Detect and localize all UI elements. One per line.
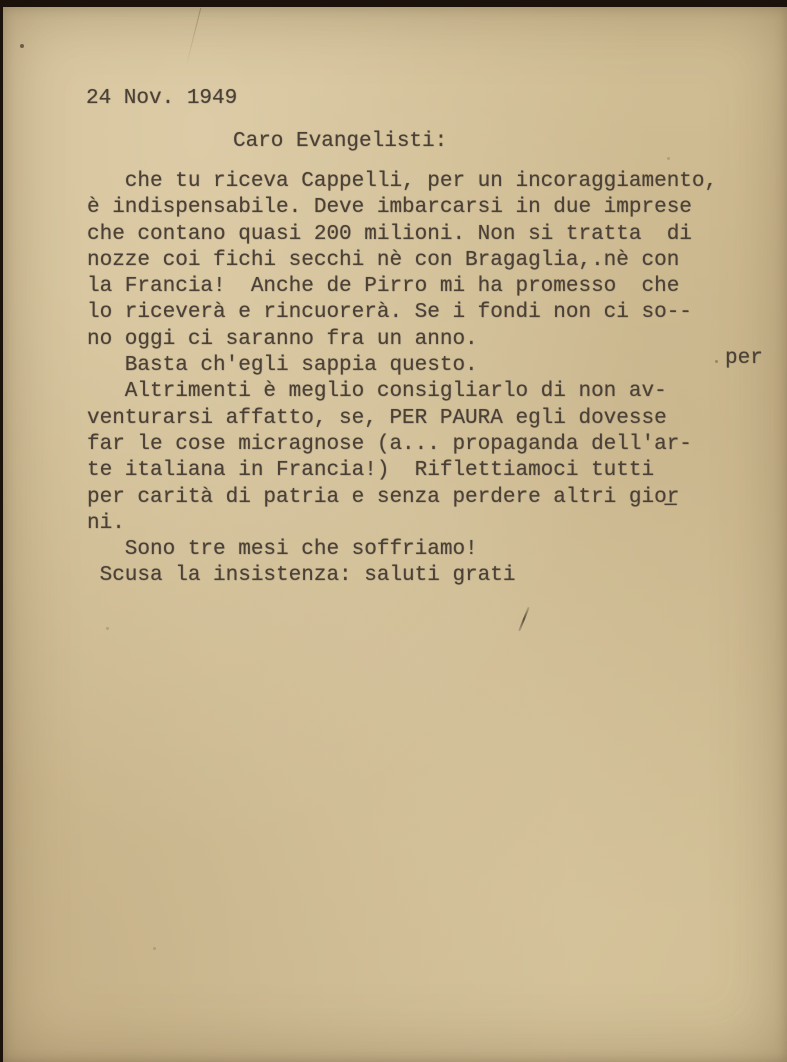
letter-line: nozze coi fichi secchi nè con Bragaglia,…	[87, 248, 717, 274]
letter-line: far le cose micragnose (a... propaganda …	[87, 432, 717, 458]
letter-line: no oggi ci saranno fra un anno.	[87, 327, 717, 353]
letter-line: venturarsi affatto, se, PER PAURA egli d…	[87, 406, 717, 432]
letter-line: Basta ch'egli sappia questo.	[87, 353, 717, 379]
ink-speck	[20, 44, 24, 48]
letter-line: te italiana in Francia!) Riflettiamoci t…	[87, 458, 717, 484]
letter-line: Scusa la insistenza: saluti grati	[87, 563, 717, 589]
pen-stroke-mark	[518, 607, 530, 632]
margin-note: per	[725, 347, 763, 370]
paper-crease	[186, 8, 201, 66]
letter-body: che tu riceva Cappelli, per un incoraggi…	[87, 169, 717, 590]
letter-line: che contano quasi 200 milioni. Non si tr…	[87, 222, 717, 248]
ink-speck	[153, 947, 156, 950]
letter-line: Sono tre mesi che soffriamo!	[87, 537, 717, 563]
ink-speck	[715, 360, 718, 363]
letter-line: la Francia! Anche de Pirro mi ha promess…	[87, 274, 717, 300]
ink-speck	[106, 627, 109, 630]
letter-line: che tu riceva Cappelli, per un incoraggi…	[87, 169, 717, 195]
letter-salutation: Caro Evangelisti:	[233, 130, 447, 153]
letter-line: per carità di patria e senza perdere alt…	[87, 485, 717, 511]
letter-line: è indispensabile. Deve imbarcarsi in due…	[87, 195, 717, 221]
scanned-letter-page: 24 Nov. 1949 Caro Evangelisti: che tu ri…	[0, 0, 787, 1062]
letter-line: ni.	[87, 511, 717, 537]
letter-date: 24 Nov. 1949	[86, 87, 237, 110]
paper-sheet: 24 Nov. 1949 Caro Evangelisti: che tu ri…	[3, 7, 787, 1062]
ink-speck	[667, 157, 670, 160]
letter-line: Altrimenti è meglio consigliarlo di non …	[87, 379, 717, 405]
letter-line: lo riceverà e rincuorerà. Se i fondi non…	[87, 300, 717, 326]
